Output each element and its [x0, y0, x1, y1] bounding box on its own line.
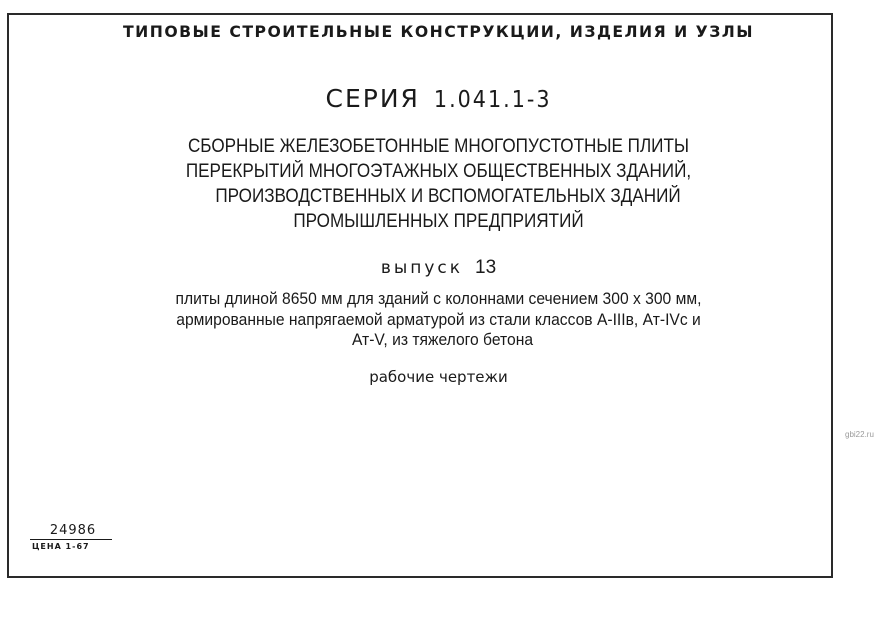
series-label: СЕРИЯ — [326, 84, 420, 113]
issue-number: 13 — [475, 257, 496, 278]
title-line-2: ПЕРЕКРЫТИЙ МНОГОЭТАЖНЫХ ОБЩЕСТВЕННЫХ ЗДА… — [44, 161, 833, 183]
issue-heading: выпуск13 — [0, 257, 877, 279]
collection-header: ТИПОВЫЕ СТРОИТЕЛЬНЫЕ КОНСТРУКЦИИ, ИЗДЕЛИ… — [9, 22, 868, 41]
document-type: рабочие чертежи — [0, 368, 877, 386]
issue-label: выпуск — [381, 258, 463, 278]
inventory-stamp: 24986 ЦЕНА 1-67 — [30, 524, 112, 551]
price-label: ЦЕНА 1-67 — [30, 542, 112, 551]
stamp-divider — [30, 539, 112, 540]
description-line-3: Ат-V, из тяжелого бетона — [39, 330, 877, 350]
series-heading: СЕРИЯ1.041.1-3 — [0, 84, 877, 113]
title-line-3: ПРОИЗВОДСТВЕННЫХ И ВСПОМОГАТЕЛЬНЫХ ЗДАНИ… — [44, 186, 842, 208]
description-line-2: армированные напрягаемой арматурой из ст… — [35, 310, 842, 330]
watermark: gbi22.ru — [845, 430, 874, 439]
inventory-number: 24986 — [30, 524, 112, 538]
description-line-1: плиты длиной 8650 мм для зданий с колонн… — [35, 289, 842, 309]
title-line-1: СБОРНЫЕ ЖЕЛЕЗОБЕТОННЫЕ МНОГОПУСТОТНЫЕ ПЛ… — [44, 136, 833, 158]
title-line-4: ПРОМЫШЛЕННЫХ ПРЕДПРИЯТИЙ — [44, 211, 833, 233]
series-number: 1.041.1-3 — [434, 87, 552, 113]
